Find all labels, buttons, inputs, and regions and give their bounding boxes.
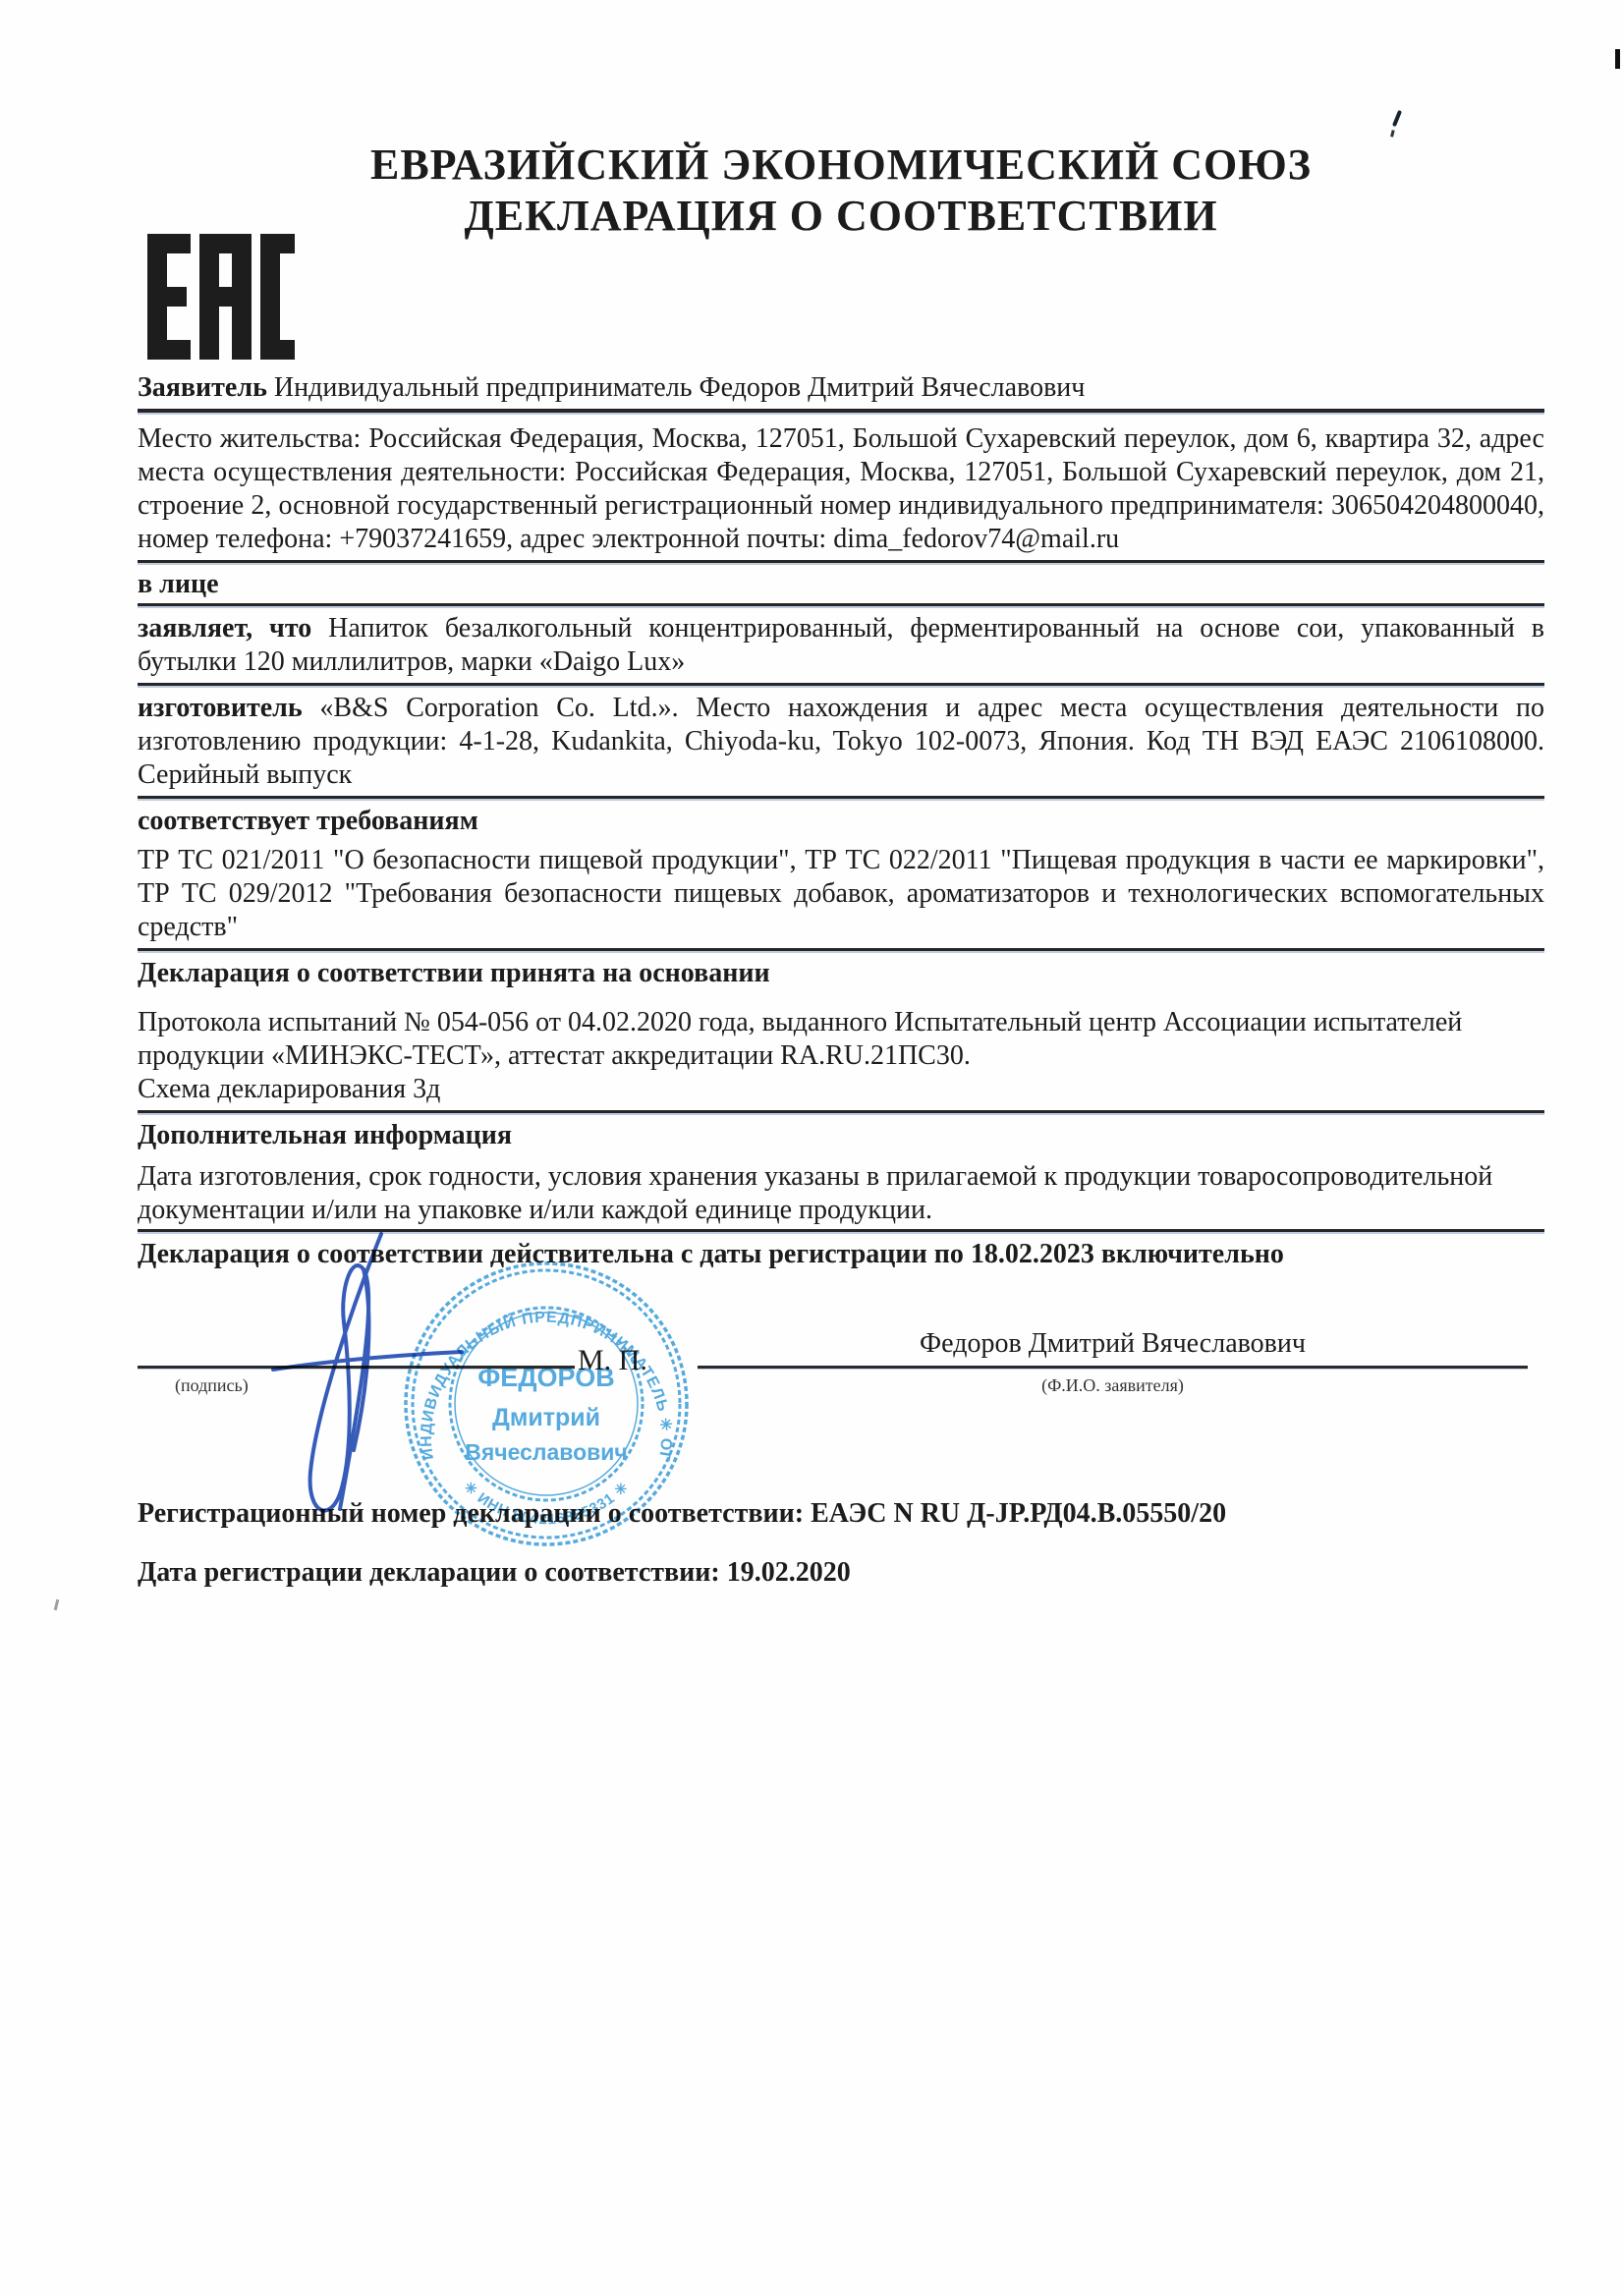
page-edge-mark	[1615, 49, 1620, 69]
stamp-center-surname: ФЕДОРОВ	[477, 1363, 614, 1392]
signature-caption: (подпись)	[175, 1375, 249, 1396]
reg-number-value: ЕАЭС N RU Д-JP.РД04.В.05550/20	[811, 1498, 1226, 1529]
divider	[138, 603, 1544, 606]
divider	[138, 560, 1544, 563]
applicant-value: Индивидуальный предприниматель Федоров Д…	[274, 372, 1085, 403]
manufacturer-value: «B&S Corporation Co. Ltd.». Место нахожд…	[138, 693, 1544, 790]
applicant-fio: Федоров Дмитрий Вячеславович	[698, 1328, 1528, 1360]
divider	[138, 1110, 1544, 1113]
stamp-center-name: Дмитрий	[492, 1404, 600, 1431]
reg-date-value: 19.02.2020	[727, 1557, 851, 1588]
manufacturer-label: изготовитель	[138, 693, 319, 723]
applicant-row: Заявитель Индивидуальный предприниматель…	[138, 371, 1544, 405]
divider	[138, 948, 1544, 951]
reg-date-label: Дата регистрации декларации о соответств…	[138, 1557, 727, 1588]
svg-text:✳ ИНН 504216855331 ✳: ✳ ИНН 504216855331 ✳	[460, 1479, 632, 1528]
scheme-line: Схема декларирования 3д	[138, 1073, 1544, 1106]
declares-paragraph: заявляет, что Напиток безалкогольный кон…	[138, 612, 1544, 679]
stamp-bottom-text: ✳ ИНН 504216855331 ✳	[460, 1479, 632, 1528]
signature-area: (подпись) М. П. Федоров Дмитрий Вячеслав…	[138, 1271, 1544, 1480]
complies-heading: соответствует требованиям	[138, 805, 1544, 838]
title-line-declaration: ДЕКЛАРАЦИЯ О СООТВЕТСТВИИ	[138, 191, 1544, 242]
manufacturer-paragraph: изготовитель «B&S Corporation Co. Ltd.».…	[138, 692, 1544, 792]
in-person-heading: в лице	[138, 568, 1544, 601]
additional-info-paragraph: Дата изготовления, срок годности, услови…	[138, 1160, 1544, 1227]
basis-heading: Декларация о соответствии принята на осн…	[138, 957, 1544, 990]
technical-regulations-paragraph: ТР ТС 021/2011 "О безопасности пищевой п…	[138, 844, 1544, 944]
ink-speck	[54, 1599, 60, 1610]
registration-date-line: Дата регистрации декларации о соответств…	[138, 1556, 1544, 1590]
declares-value: Напиток безалкогольный концентрированный…	[138, 613, 1544, 677]
fio-line	[698, 1366, 1528, 1369]
fio-caption: (Ф.И.О. заявителя)	[698, 1375, 1528, 1396]
additional-info-heading: Дополнительная информация	[138, 1119, 1544, 1152]
title-line-union: ЕВРАЗИЙСКИЙ ЭКОНОМИЧЕСКИЙ СОЮЗ	[138, 140, 1544, 191]
applicant-label: Заявитель	[138, 372, 274, 403]
signature-ink	[265, 1224, 472, 1548]
divider	[138, 409, 1544, 413]
stamp-center-patronymic: Вячеславович	[465, 1439, 628, 1465]
declares-label: заявляет, что	[138, 613, 328, 644]
divider	[138, 683, 1544, 686]
declaration-document: ЕВРАЗИЙСКИЙ ЭКОНОМИЧЕСКИЙ СОЮЗ ДЕКЛАРАЦИ…	[0, 0, 1624, 2296]
residence-paragraph: Место жительства: Российская Федерация, …	[138, 422, 1544, 556]
document-title: ЕВРАЗИЙСКИЙ ЭКОНОМИЧЕСКИЙ СОЮЗ ДЕКЛАРАЦИ…	[138, 140, 1544, 242]
basis-paragraph: Протокола испытаний № 054-056 от 04.02.2…	[138, 1006, 1544, 1073]
divider	[138, 796, 1544, 799]
